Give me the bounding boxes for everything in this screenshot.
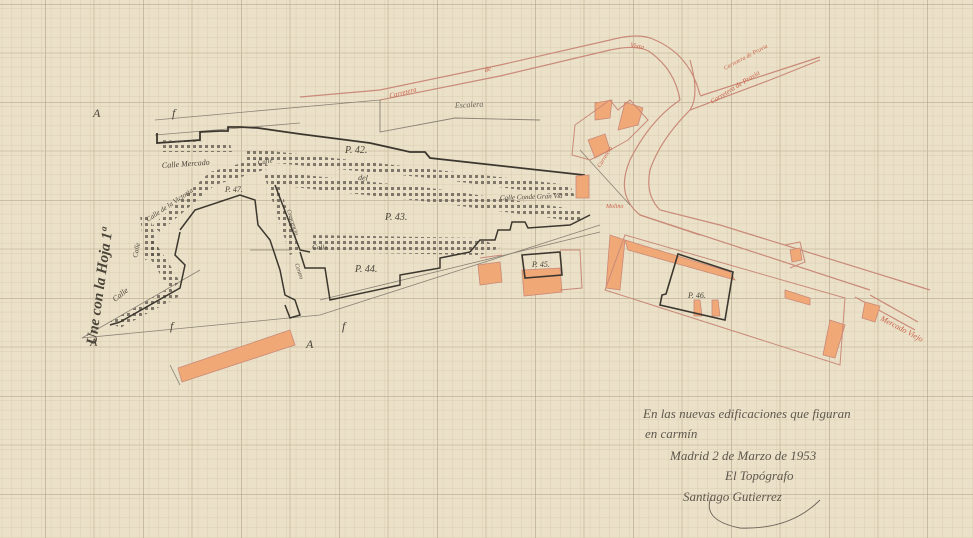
street-label: del: [358, 173, 369, 183]
road-label: Molino: [605, 204, 623, 210]
note-line-2: en carmín: [645, 426, 697, 441]
pencil-note: Escalera: [454, 100, 484, 111]
surveyor-signature: Santiago Gutierrez: [683, 489, 782, 504]
surveyor-title: El Topógrafo: [724, 468, 794, 483]
parcel-label: P. 42.: [344, 145, 367, 156]
historical-cadastral-map: P. 42. P. 43. P. 44. P. 45. P. 46. P. 47…: [0, 0, 973, 538]
parcel-label: P. 46.: [687, 291, 706, 300]
parcel-label: P. 43.: [384, 212, 407, 223]
parcel-label: P. 47.: [224, 185, 243, 194]
section-marker: A: [89, 335, 98, 349]
parcel-label: P. 44.: [354, 264, 377, 275]
section-marker: A: [92, 106, 101, 120]
section-marker: A: [305, 337, 314, 351]
street-label: Calle: [312, 243, 328, 252]
parcel-label: P. 45.: [531, 260, 550, 269]
date-line: Madrid 2 de Marzo de 1953: [669, 448, 817, 463]
note-line-1: En las nuevas edificaciones que figuran: [642, 406, 851, 421]
